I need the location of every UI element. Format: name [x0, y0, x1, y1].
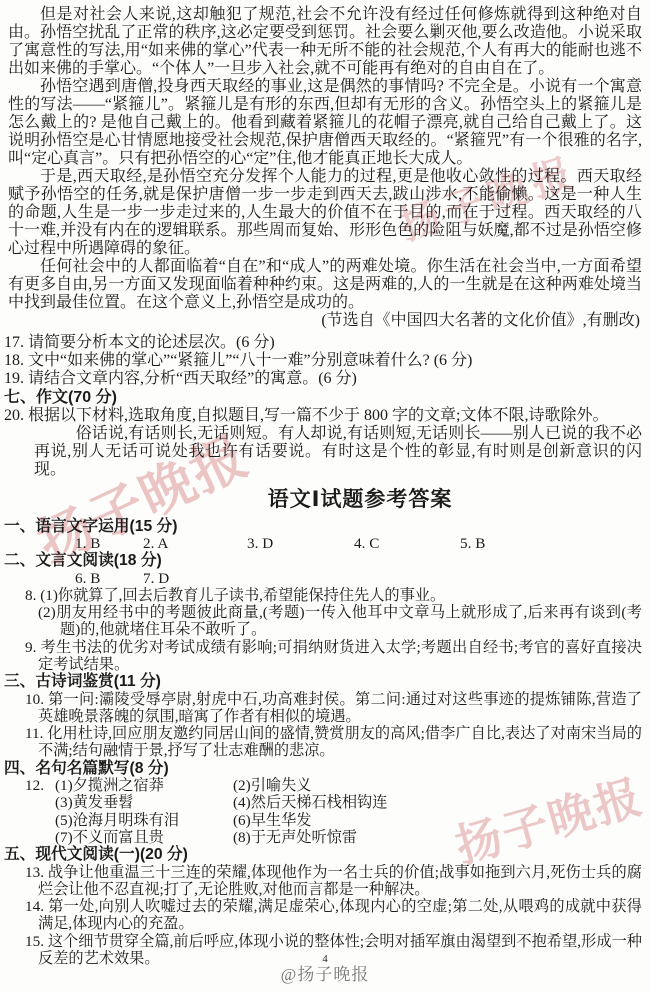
choice-answer: 5. B [460, 535, 485, 552]
passage-attribution: (节选自《中国四大名著的文化价值》,有删改) [4, 312, 640, 330]
exam-page: 扬子晚报扬子晚报扬子晚报 但是对社会人来说,这却触犯了规范,社会不允许没有经过任… [0, 0, 650, 991]
answer-number-prefix: 12. [25, 777, 44, 794]
answer-item: (2)朋友用经书中的考题彼此商量,(考题)一传入他耳中文章马上就形成了,后来再有… [38, 604, 642, 639]
memorization-answer: (8)于无声处听惊雷 [233, 829, 642, 846]
answers-section: 一、语言文字运用(15 分)1. B2. A3. D4. C5. B二、文言文阅… [4, 518, 642, 968]
answer-item: 11. 化用杜诗,回应朋友邀约同居山间的盛情,赞赏朋友的高风;借李广自比,表达了… [25, 725, 642, 760]
answer-item: 9. 考生书法的优劣对考试成绩有影响;可捐纳财货进入太学;考题出自经书;考官的喜… [25, 639, 642, 674]
choice-answer: 4. C [354, 535, 460, 552]
choice-answers-row: 6. B7. D [75, 570, 642, 587]
reading-passage: 但是对社会人来说,这却触犯了规范,社会不允许没有经过任何修炼就得到这种绝对自由。… [8, 6, 642, 312]
choice-answer: 6. B [75, 570, 143, 587]
page-footer: 4 @扬子晚报 [0, 953, 650, 985]
passage-paragraph: 但是对社会人来说,这却触犯了规范,社会不允许没有经过任何修炼就得到这种绝对自由。… [8, 6, 642, 78]
memorization-answer: (3)黄发垂髫 [55, 794, 233, 811]
choice-answer: 7. D [143, 570, 247, 587]
memorization-answer: (2)引喻失义 [233, 777, 642, 794]
memorization-pair-row: (5)沧海月明珠有泪(6)早生华发 [55, 812, 642, 829]
passage-paragraph: 任何社会中的人都面临着“自在”和“成人”的两难处境。你生活在社会当中,一方面希望… [8, 258, 642, 312]
question-20: 20. 根据以下材料,选取角度,自拟题目,写一篇不少于 800 字的文章;文体不… [4, 407, 642, 425]
memorization-answer: (5)沧海月明珠有泪 [55, 812, 233, 829]
memorization-answer: (4)然后天梯石栈相钩连 [233, 794, 642, 811]
choice-answers-row: 1. B2. A3. D4. C5. B [75, 535, 642, 552]
answer-item: 10. 第一问:灞陵受辱亭尉,射虎中石,功高难封侯。第二问:通过对这些事迹的提炼… [25, 691, 642, 726]
question-18: 18. 文中“如来佛的掌心”“紧箍儿”“八十一难”分别意味着什么? (6 分) [4, 352, 642, 370]
footer-credit: @扬子晚报 [0, 965, 650, 985]
answer-section-heading: 一、语言文字运用(15 分) [4, 518, 642, 535]
memorization-pair-row: (1)夕揽洲之宿莽(2)引喻失义 [55, 777, 642, 794]
passage-paragraph: 于是,西天取经,是孙悟空充分发挥个人能力的过程,更是他收心敛性的过程。西天取经赋… [8, 168, 642, 258]
answer-section-heading: 四、名句名篇默写(8 分) [4, 760, 642, 777]
answer-item: 8. (1)你就算了,回去后教育儿子读书,希望能保持住先人的事业。 [25, 587, 642, 604]
section-7-heading: 七、作文(70 分) [4, 389, 642, 407]
memorization-answers: 12.(1)夕揽洲之宿莽(2)引喻失义(3)黄发垂髫(4)然后天梯石栈相钩连(5… [4, 777, 642, 846]
answer-item: 14. 第一处,向别人吹嘘过去的荣耀,满足虚荣心,体现内心的空虚;第二处,从喂鸡… [25, 898, 642, 933]
memorization-answer: (7)不义而富且贵 [55, 829, 233, 846]
answer-section-heading: 二、文言文阅读(18 分) [4, 552, 642, 569]
answer-section-heading: 五、现代文阅读(一)(20 分) [4, 846, 642, 863]
choice-answer: 2. A [143, 535, 247, 552]
memorization-pair-row: (7)不义而富且贵(8)于无声处听惊雷 [55, 829, 642, 846]
question-17: 17. 请简要分析本文的论述层次。(6 分) [4, 334, 642, 352]
page-number: 4 [0, 953, 650, 965]
passage-paragraph: 孙悟空遇到唐僧,投身西天取经的事业,这是偶然的事情吗? 不完全是。小说有一个寓意… [8, 78, 642, 168]
answer-item: 13. 战争让他重温三十三连的荣耀,体现他作为一名士兵的价值;战事如拖到六月,死… [25, 864, 642, 899]
answers-title: 语文Ⅰ试题参考答案 [78, 488, 642, 512]
questions-section: 17. 请简要分析本文的论述层次。(6 分) 18. 文中“如来佛的掌心”“紧箍… [4, 334, 642, 480]
question-20-material: 俗话说,有话则长,无话则短。有人却说,有话则短,无话则长——别人已说的我不必再说… [34, 425, 642, 480]
memorization-answer: (1)夕揽洲之宿莽 [55, 777, 233, 794]
answer-section-heading: 三、古诗词鉴赏(11 分) [4, 673, 642, 690]
memorization-pair-row: (3)黄发垂髫(4)然后天梯石栈相钩连 [55, 794, 642, 811]
choice-answer: 1. B [75, 535, 143, 552]
question-19: 19. 请结合文章内容,分析“西天取经”的寓意。(6 分) [4, 370, 642, 388]
page-content: 但是对社会人来说,这却触犯了规范,社会不允许没有经过任何修炼就得到这种绝对自由。… [4, 6, 642, 967]
memorization-answer: (6)早生华发 [233, 812, 642, 829]
choice-answer: 3. D [247, 535, 354, 552]
